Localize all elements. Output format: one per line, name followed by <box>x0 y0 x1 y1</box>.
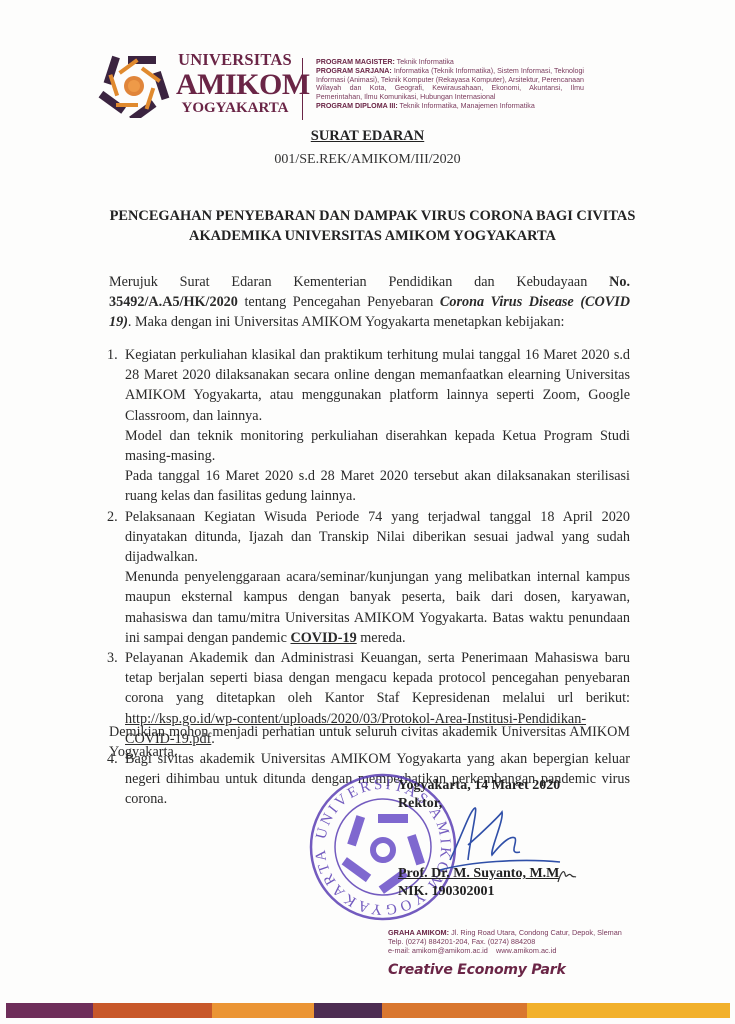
covid-emphasis: COVID-19 <box>290 630 356 646</box>
footer-tagline: Creative Economy Park <box>388 962 566 978</box>
amikom-logo-icon <box>98 52 170 118</box>
signatory-name: Prof. Dr. M. Suyanto, M.M <box>398 866 559 882</box>
header-divider <box>302 58 303 120</box>
color-bar-segment <box>527 1003 730 1018</box>
document-title: SURAT EDARAN <box>0 128 735 145</box>
document-number: 001/SE.REK/AMIKOM/III/2020 <box>0 152 735 168</box>
program-magister: PROGRAM MAGISTER: Teknik Informatika <box>316 58 584 67</box>
color-bar-segment <box>382 1003 527 1018</box>
program-list: PROGRAM MAGISTER: Teknik Informatika PRO… <box>316 58 584 111</box>
program-sarjana: PROGRAM SARJANA: Informatika (Teknik Inf… <box>316 67 584 102</box>
footer-phone: Telp. (0274) 884201-204, Fax. (0274) 884… <box>388 937 688 946</box>
program-diploma: PROGRAM DIPLOMA III: Teknik Informatika,… <box>316 102 584 111</box>
color-bar-segment <box>93 1003 212 1018</box>
color-bar-segment <box>6 1003 93 1018</box>
initial-mark-icon <box>555 866 577 886</box>
footer-color-bar <box>6 1003 730 1018</box>
university-name-line3: YOGYAKARTA <box>176 101 294 116</box>
signatory-nik: NIK. 190302001 <box>398 884 494 900</box>
closing-paragraph: Demikian mohon menjadi perhatian untuk s… <box>109 722 630 762</box>
footer-email[interactable]: e-mail: amikom@amikom.ac.id <box>388 946 488 955</box>
color-bar-segment <box>212 1003 313 1018</box>
intro-paragraph: Merujuk Surat Edaran Kementerian Pendidi… <box>109 272 630 333</box>
university-name: UNIVERSITAS AMIKOM YOGYAKARTA <box>176 52 294 116</box>
signature-place-date: Yogyakarta, 14 Maret 2020 <box>398 778 560 794</box>
university-name-line2: AMIKOM <box>176 70 294 100</box>
color-bar-segment <box>314 1003 383 1018</box>
footer-website[interactable]: www.amikom.ac.id <box>496 946 556 955</box>
policy-item: 2. Pelaksanaan Kegiatan Wisuda Periode 7… <box>107 507 630 648</box>
footer-address: GRAHA AMIKOM: Jl. Ring Road Utara, Condo… <box>388 928 688 955</box>
university-name-line1: UNIVERSITAS <box>176 52 294 69</box>
policy-item: 1. Kegiatan perkuliahan klasikal dan pra… <box>107 345 630 507</box>
document-subject: PENCEGAHAN PENYEBARAN DAN DAMPAK VIRUS C… <box>90 206 655 246</box>
